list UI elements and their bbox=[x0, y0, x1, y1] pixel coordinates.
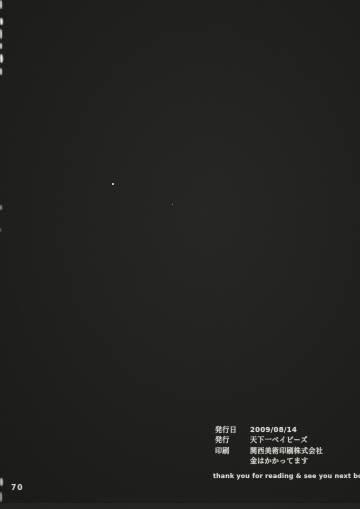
thank-you-message: thank you for reading & see you next boo… bbox=[213, 473, 358, 480]
colophon-row-publish-date: 発行日 2009/08/14 bbox=[215, 425, 355, 435]
scanned-black-page: 発行日 2009/08/14 発行 天下一ベイビーズ 印刷 関西美術印刷株式会社… bbox=[0, 0, 360, 509]
publish-date-value: 2009/08/14 bbox=[250, 425, 355, 435]
note-value: 金はかかってます bbox=[250, 456, 355, 466]
colophon-block: 発行日 2009/08/14 発行 天下一ベイビーズ 印刷 関西美術印刷株式会社… bbox=[215, 425, 355, 467]
scan-edge-artifact bbox=[0, 0, 2, 9]
colophon-row-publisher: 発行 天下一ベイビーズ bbox=[215, 435, 355, 445]
scan-edge-artifact bbox=[0, 228, 1, 232]
scan-edge-artifact bbox=[0, 43, 2, 49]
page-number: 70 bbox=[11, 483, 23, 492]
scan-edge-artifact bbox=[0, 29, 2, 39]
scan-edge-artifact bbox=[0, 478, 3, 486]
scan-edge-artifact bbox=[0, 18, 3, 25]
publisher-label: 発行 bbox=[215, 435, 250, 445]
colophon-row-printer: 印刷 関西美術印刷株式会社 bbox=[215, 446, 355, 456]
publish-date-label: 発行日 bbox=[215, 425, 250, 435]
printer-value: 関西美術印刷株式会社 bbox=[250, 446, 355, 456]
publisher-value: 天下一ベイビーズ bbox=[250, 435, 355, 445]
dust-speck bbox=[172, 204, 173, 205]
scan-edge-artifact bbox=[0, 205, 2, 210]
note-label bbox=[215, 456, 250, 466]
scan-edge-artifact bbox=[0, 68, 2, 75]
colophon-row-note: 金はかかってます bbox=[215, 456, 355, 466]
scan-bottom-edge bbox=[0, 503, 360, 509]
dust-speck bbox=[112, 183, 114, 185]
scan-edge-artifact bbox=[0, 54, 3, 63]
printer-label: 印刷 bbox=[215, 446, 250, 456]
scan-edge-artifact bbox=[0, 492, 2, 502]
